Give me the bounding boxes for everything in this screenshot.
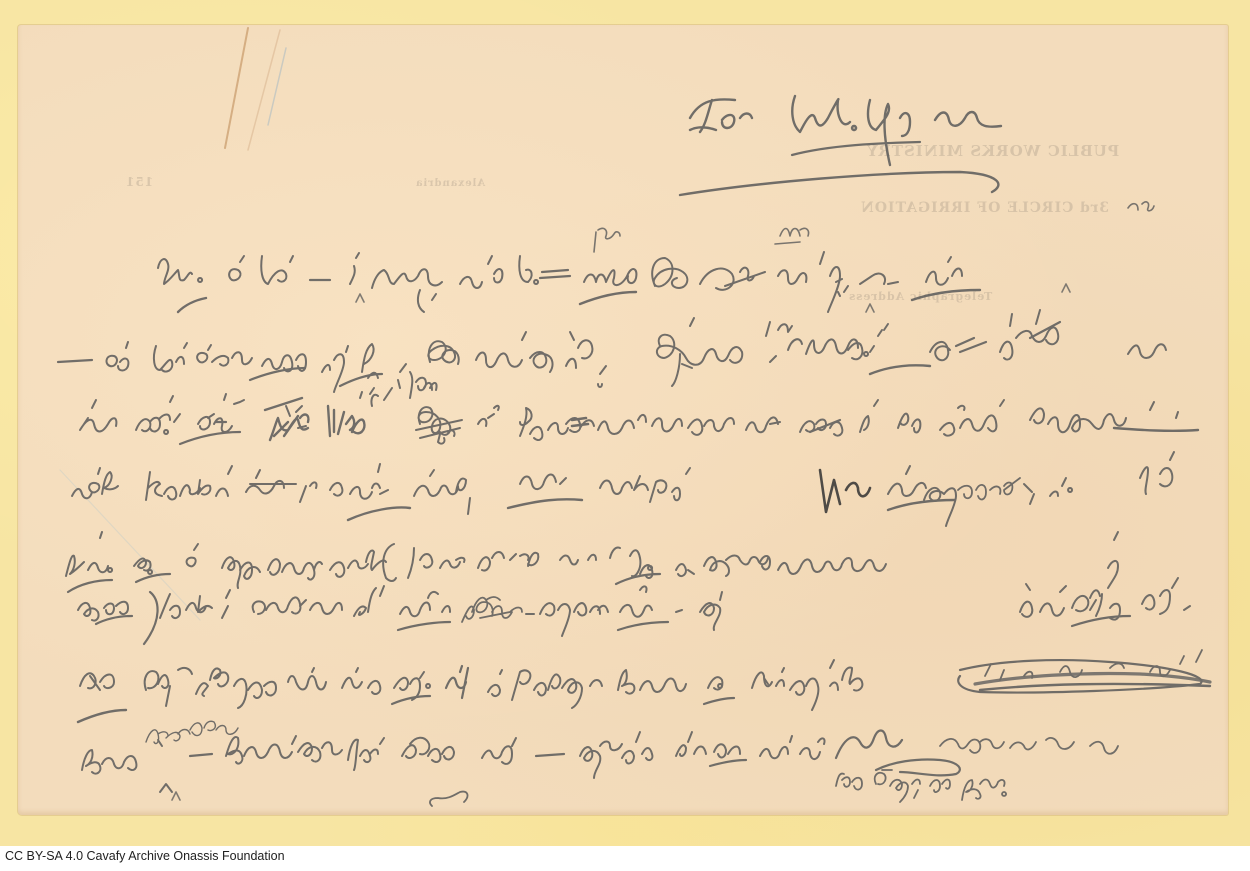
line-2-handwriting — [58, 310, 1166, 392]
manuscript-line-3: Greek pencil shorthand with strike-throu… — [80, 415, 109, 416]
manuscript-line-4: Greek pencil shorthand with underlined w… — [72, 485, 92, 486]
license-caption: CC BY-SA 4.0 Cavafy Archive Onassis Foun… — [5, 849, 285, 863]
manuscript-line-7: Greek pencil shorthand; heavily struck-t… — [80, 675, 103, 676]
manuscript-line-9: Greek pencil shorthand, closing phrase — [836, 775, 853, 776]
handwriting-layer — [0, 0, 1250, 871]
line-6-handwriting — [78, 578, 1190, 644]
manuscript-line-1: Greek pencil shorthand, ends with '8,10'… — [158, 265, 188, 266]
line-1-handwriting — [158, 252, 980, 312]
heading-handwriting — [680, 96, 1001, 195]
manuscript-line-2: Greek pencil shorthand beginning with a … — [58, 350, 78, 351]
line-4-handwriting — [72, 452, 1174, 526]
manuscript-line-6: Greek pencil shorthand with underlined w… — [78, 605, 98, 606]
manuscript-line-5: Greek pencil shorthand with parenthetica… — [66, 555, 88, 556]
line-7-handwriting — [78, 650, 1210, 722]
stain-marks — [60, 28, 286, 620]
interlinear-line-1 — [594, 202, 1154, 252]
manuscript-line-8: Greek pencil shorthand with interlinear … — [82, 745, 103, 746]
margin-number: 8,10 — [1100, 250, 1102, 251]
line-5-handwriting — [66, 532, 1118, 592]
line-3-handwriting — [80, 372, 1198, 444]
